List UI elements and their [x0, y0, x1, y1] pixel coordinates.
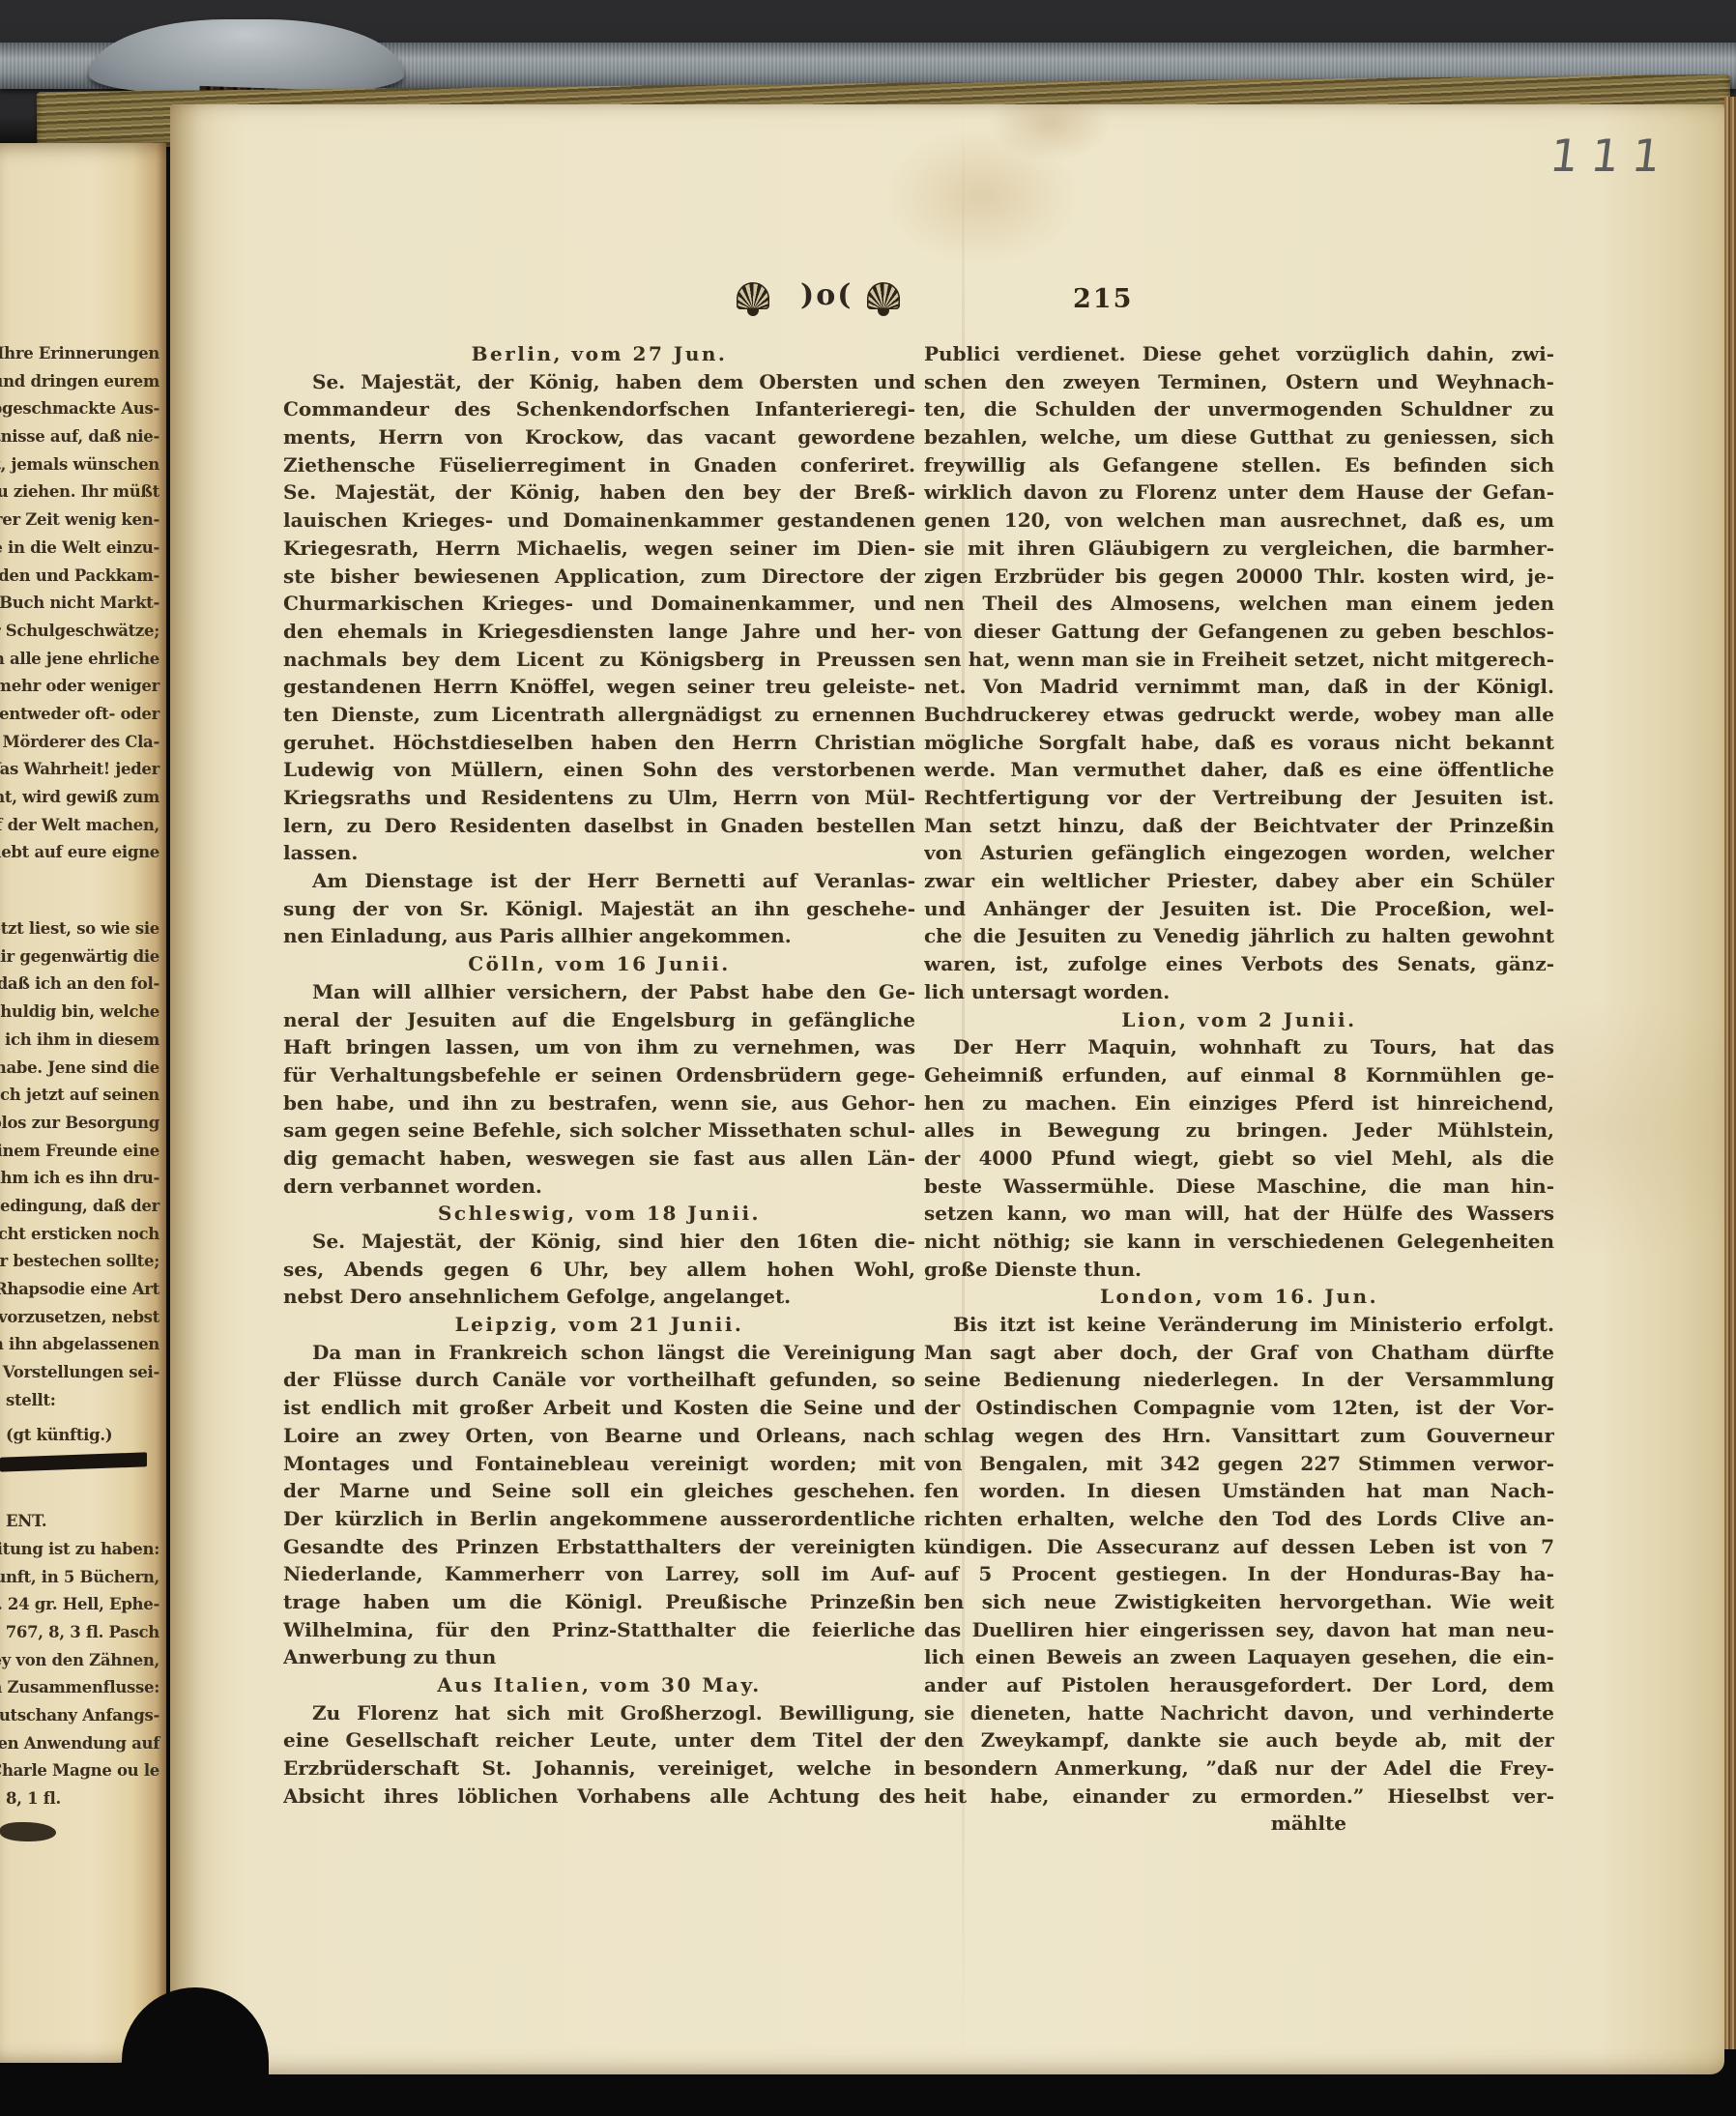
text-line: , die ich ihm in diesem [0, 1027, 161, 1055]
text-line: Commandeur des Schenkendorfschen Infante… [283, 395, 915, 423]
text-line: nen Einladung, aus Paris allhier angekom… [283, 922, 915, 950]
text-line: s an ihn abgelassenen [0, 1331, 161, 1359]
text-line: Am Dienstage ist der Herr Bernetti auf V… [283, 867, 915, 895]
text-line: Loire an zwey Orten, von Bearne und Orle… [283, 1422, 915, 1450]
text-line: Anwerbung zu thun [283, 1643, 915, 1671]
text-line: Haft bringen lassen, um von ihm zu verne… [283, 1033, 915, 1061]
text-line: ander auf Pistolen herausgefordert. Der … [924, 1671, 1554, 1699]
text-line: Gesandte des Prinzen Erbstatthalters der… [283, 1533, 915, 1561]
catchword: mählte [924, 1810, 1554, 1838]
text-line: Ihre Erinnerungen [0, 340, 161, 368]
text-line: sie in die Welt einzu- [0, 535, 161, 563]
text-line: genen 120, von welchen man ausrechnet, d… [924, 507, 1554, 535]
text-line: sie mit ihren Gläubigern zu vergleichen,… [924, 535, 1554, 563]
text-line: zuletzt liest, so wie sie [0, 915, 161, 943]
text-line: Kriegesrath, Herrn Michaelis, wegen sein… [283, 535, 915, 563]
text-line: wirklich davon zu Florenz unter dem Haus… [924, 478, 1554, 507]
text-line: n, und dringen eurem [0, 368, 161, 396]
text-line: d mir gegenwärtig die [0, 943, 161, 971]
text-line: zney von den Zähnen, [0, 1647, 161, 1675]
column-gap [0, 867, 161, 915]
text-line: net. Von Madrid vernimmt man, daß in der… [924, 673, 1554, 701]
text-line: Mörderer des Cla- [0, 729, 161, 757]
dateline-header: Berlin, vom 27 Jun. [283, 340, 915, 368]
dateline-header: Aus Italien, vom 30 May. [283, 1671, 915, 1699]
text-line: geruhet. Höchstdieselben haben den Herrn… [283, 729, 915, 757]
text-line: meinem Freunde eine [0, 1138, 161, 1166]
text-line: ses, Abends gegen 6 Uhr, bey allem hohen… [283, 1256, 915, 1284]
text-line: sen hat, wenn man sie in Freiheit setzet… [924, 646, 1554, 674]
text-line: ch entweder oft- oder [0, 701, 161, 729]
text-line: nserer Zeit wenig ken- [0, 507, 161, 535]
previous-page-column: Ihre Erinnerungenn, und dringen euremhe … [0, 340, 161, 1841]
text-line: der 4000 Pfund wiegt, giebt so viel Mehl… [924, 1145, 1554, 1173]
text-line: zigen Erzbrüder bis gegen 20000 Thlr. ko… [924, 563, 1554, 591]
text-line: stellt: [0, 1387, 161, 1415]
text-line: nd lebt auf eure eigne [0, 839, 161, 867]
text-line: ENT. [0, 1508, 161, 1536]
text-line: oder Schulgeschwätze; [0, 618, 161, 646]
text-line: und Anhänger der Jesuiten ist. Die Proce… [924, 895, 1554, 923]
text-line: lauischen Krieges- und Domainenkammer ge… [283, 507, 915, 535]
text-line: sam gegen seine Befehle, sich solcher Mi… [283, 1116, 915, 1145]
text-line: 767, 8, 3 fl. Pasch [0, 1619, 161, 1647]
text-line: lern, zu Dero Residenten daselbst in Gna… [283, 812, 915, 840]
text-line: Ziethensche Füselierregiment in Gnaden c… [283, 451, 915, 479]
text-line: Was Wahrheit! jeder [0, 756, 161, 784]
text-line: freywillig als Gefangene stellen. Es bef… [924, 451, 1554, 479]
text-line: he abgeschmackte Aus- [0, 395, 161, 423]
text-line: waren, ist, zufolge eines Verbots des Se… [924, 950, 1554, 978]
text-line: von dieser Gattung der Gefangenen zu geb… [924, 618, 1554, 646]
text-line: Man setzt hinzu, daß der Beichtvater der… [924, 812, 1554, 840]
text-line: ments, Herrn von Krockow, das vacant gew… [283, 423, 915, 451]
text-line: lich einen Beweis an zween Laquayen gese… [924, 1643, 1554, 1671]
text-line: ten Dienste, zum Licentrath allergnädigs… [283, 701, 915, 729]
text-line: lassen. [283, 839, 915, 867]
text-line: Absicht ihres löblichen Vorhabens alle A… [283, 1783, 915, 1811]
text-line: schen den zweyen Terminen, Ostern und We… [924, 368, 1554, 396]
text-line: besondern Anmerkung, ”daß nur der Adel d… [924, 1754, 1554, 1783]
dateline-header: Lion, vom 2 Junii. [924, 1006, 1554, 1034]
text-line: trage haben um die Königl. Preußische Pr… [283, 1588, 915, 1616]
text-line: sie dieneten, hatte Nachricht davon, und… [924, 1699, 1554, 1727]
text-line: t mehr oder weniger [0, 673, 161, 701]
text-line: Geheimniß erfunden, auf einmal 8 Kornmüh… [924, 1061, 1554, 1089]
text-line: nachmals bey dem Licent zu Königsberg in… [283, 646, 915, 674]
text-line: zu ziehen. Ihr müßt [0, 478, 161, 507]
text-line: von Asturien gefänglich eingezogen worde… [924, 839, 1554, 867]
fore-edge-page-stack [1724, 97, 1736, 2049]
text-line: ben habe, und ihn zu bestrafen, wenn sie… [283, 1089, 915, 1117]
header-ornament: )o( [800, 278, 853, 312]
text-line: enn alle jene ehrliche [0, 646, 161, 674]
text-line: werde. Man vermuthet daher, daß es eine … [924, 756, 1554, 784]
text-line: zwar ein weltlicher Priester, dabey aber… [924, 867, 1554, 895]
text-line: Se. Majestät, der König, sind hier den 1… [283, 1228, 915, 1256]
text-line: , Laden und Packkam- [0, 563, 161, 591]
text-line: neral der Jesuiten auf die Engelsburg in… [283, 1006, 915, 1034]
text-line: ben sich neue Zwistigkeiten hervorgethan… [924, 1588, 1554, 1616]
text-line: alles in Bewegung zu bringen. Jeder Mühl… [924, 1116, 1554, 1145]
text-line: Butschany Anfangs- [0, 1702, 161, 1730]
text-line: Se. Majestät, der König, haben den bey d… [283, 478, 915, 507]
text-line: unschuldig bin, welche [0, 999, 161, 1027]
text-line: Da man in Frankreich schon längst die Ve… [283, 1339, 915, 1367]
text-line: kündigen. Die Assecuranz auf dessen Lebe… [924, 1533, 1554, 1561]
text-line: esitzt, jemals wünschen [0, 451, 161, 479]
text-line: Erzbrüderschaft St. Johannis, vereiniget… [283, 1754, 915, 1783]
dateline-header: London, vom 16. Jun. [924, 1283, 1554, 1311]
text-line: fl. 24 gr. Hell, Ephe- [0, 1591, 161, 1619]
text-line: der Ostindischen Compagnie vom 12ten, is… [924, 1394, 1554, 1422]
text-line: Churmarkischen Krieges- und Domainenkamm… [283, 590, 915, 618]
text-line: mögliche Sorgfalt habe, daß es voraus ni… [924, 729, 1554, 757]
text-line: der Marne und Seine soll ein gleiches ge… [283, 1477, 915, 1505]
text-line: oder Buch nicht Markt- [0, 590, 161, 618]
text-line: Se. Majestät, der König, haben dem Obers… [283, 368, 915, 396]
text-line: Publici verdienet. Diese gehet vorzüglic… [924, 340, 1554, 368]
text-line: sung der von Sr. Königl. Majestät an ihn… [283, 895, 915, 923]
book-scan: )o( 215 111 Ihre Erinnerungenn, und drin… [0, 0, 1736, 2116]
text-line: n, daß ich an den fol- [0, 971, 161, 999]
main-left-column: Berlin, vom 27 Jun.Se. Majestät, der Kön… [283, 340, 915, 1810]
text-line: richten erhalten, welche den Tod des Lor… [924, 1505, 1554, 1533]
text-line: ste bisher bewiesenen Application, zum D… [283, 563, 915, 591]
dateline-header: Cölln, vom 16 Junii. [283, 950, 915, 978]
text-line: seine Bedienung niederlegen. In der Vers… [924, 1366, 1554, 1394]
text-line: lich untersagt worden. [924, 978, 1554, 1006]
printed-page-number: 215 [1073, 284, 1133, 314]
main-right-column: Publici verdienet. Diese gehet vorzüglic… [924, 340, 1554, 1838]
text-line: Wilhelmina, für den Prinz-Statthalter di… [283, 1616, 915, 1644]
column-gap [0, 1469, 161, 1508]
text-line: Zeitung ist zu haben: [0, 1536, 161, 1564]
text-line: auf der Welt machen, [0, 812, 161, 840]
text-line: der Flüsse durch Canäle vor vortheilhaft… [283, 1366, 915, 1394]
text-line: den Zweykampf, dankte sie auch beyde ab,… [924, 1726, 1554, 1754]
text-line: nen Theil des Almosens, welchen man eine… [924, 590, 1554, 618]
text-line: große Dienste thun. [924, 1256, 1554, 1284]
ink-smear [0, 1822, 56, 1841]
text-line: (gt künftig.) [0, 1422, 161, 1450]
text-line: ist endlich mit großer Arbeit und Kosten… [283, 1394, 915, 1422]
text-line: Man sagt aber doch, der Graf von Chatham… [924, 1339, 1554, 1367]
text-line: vom Zusammenflusse: [0, 1674, 161, 1702]
text-line: schlag wegen des Hrn. Vansittart zum Gou… [924, 1422, 1554, 1450]
text-line: ten, die Schulden der unvermogenden Schu… [924, 395, 1554, 423]
text-line: Niederlande, Kammerherr von Larrey, soll… [283, 1560, 915, 1588]
text-line: gung vorzusetzen, nebst [0, 1304, 161, 1332]
text-line: dern verbannet worden. [283, 1173, 915, 1201]
dateline-header: Leipzig, vom 21 Junii. [283, 1311, 915, 1339]
text-line: Montages und Fontainebleau vereinigt wor… [283, 1450, 915, 1478]
text-line: heit habe, einander zu ermorden.” Hiesel… [924, 1783, 1554, 1811]
text-line: für Verhaltungsbefehle er seinen Ordensb… [283, 1061, 915, 1089]
text-line: dig gemacht haben, weswegen sie fast aus… [283, 1145, 915, 1173]
text-line: liche Vorstellungen sei- [0, 1359, 161, 1387]
text-line: Charle Magne ou le [0, 1757, 161, 1785]
text-line: er sich jetzt auf seinen [0, 1082, 161, 1110]
text-line: habe. Jene sind die [0, 1055, 161, 1083]
text-line: Rechtfertigung vor der Vertreibung der J… [924, 784, 1554, 812]
text-line: 8, 1 fl. [0, 1785, 161, 1813]
text-line: r Bedingung, daß der [0, 1193, 161, 1221]
text-line: Ludewig von Müllern, einen Sohn des vers… [283, 756, 915, 784]
text-line: gestandenen Herrn Knöffel, wegen seiner … [283, 673, 915, 701]
text-line: setzen kann, wo man will, hat der Hülfe … [924, 1200, 1554, 1228]
text-line: Der kürzlich in Berlin angekommene ausse… [283, 1505, 915, 1533]
text-line: Zu Florenz hat sich mit Großherzogl. Bew… [283, 1699, 915, 1727]
text-line: hen zu machen. Ein einziges Pferd ist hi… [924, 1089, 1554, 1117]
column-gap [0, 1414, 161, 1422]
text-line: elben Anwendung auf [0, 1730, 161, 1758]
text-line: Bis itzt ist keine Veränderung im Minist… [924, 1311, 1554, 1339]
text-line: Buchdruckerey etwas gedruckt werde, wobe… [924, 701, 1554, 729]
handwritten-folio-number: 111 [1548, 130, 1676, 182]
text-line: fen worden. In diesen Umständen hat man … [924, 1477, 1554, 1505]
text-line: ältnisse auf, daß nie- [0, 423, 161, 451]
text-line: ann nicht ersticken noch [0, 1221, 161, 1249]
text-line: ichter bestechen sollte; [0, 1248, 161, 1276]
text-line: auf 5 Procent gestiegen. In der Honduras… [924, 1560, 1554, 1588]
text-line: rnunft, in 5 Büchern, [0, 1564, 161, 1592]
text-line: eser Rhapsodie eine Art [0, 1276, 161, 1304]
dateline-header: Schleswig, vom 18 Junii. [283, 1200, 915, 1228]
text-line: nebst Dero ansehnlichem Gefolge, angelan… [283, 1283, 915, 1311]
text-line: eine Gesellschaft reicher Leute, unter d… [283, 1726, 915, 1754]
text-line: nahm ich es ihn dru- [0, 1165, 161, 1193]
text-line: beste Wassermühle. Diese Maschine, die m… [924, 1173, 1554, 1201]
shell-ornament-icon [867, 282, 900, 309]
text-line: bezahlen, welche, um diese Gutthat zu ge… [924, 423, 1554, 451]
text-line: Kriegsraths und Residentens zu Ulm, Herr… [283, 784, 915, 812]
text-line: nicht nöthig; sie kann in verschiedenen … [924, 1228, 1554, 1256]
text-line: von Bengalen, mit 342 gegen 227 Stimmen … [924, 1450, 1554, 1478]
shell-ornament-icon [737, 282, 769, 309]
text-line: r blos zur Besorgung [0, 1110, 161, 1138]
text-line: che die Jesuiten zu Venedig jährlich zu … [924, 922, 1554, 950]
text-line: Der Herr Maquin, wohnhaft zu Tours, hat … [924, 1033, 1554, 1061]
text-line: Man will allhier versichern, der Pabst h… [283, 978, 915, 1006]
text-line: den ehemals in Kriegesdiensten lange Jah… [283, 618, 915, 646]
text-line: das Duelliren hier eingerissen sey, davo… [924, 1616, 1554, 1644]
text-line: mmt, wird gewiß zum [0, 784, 161, 812]
